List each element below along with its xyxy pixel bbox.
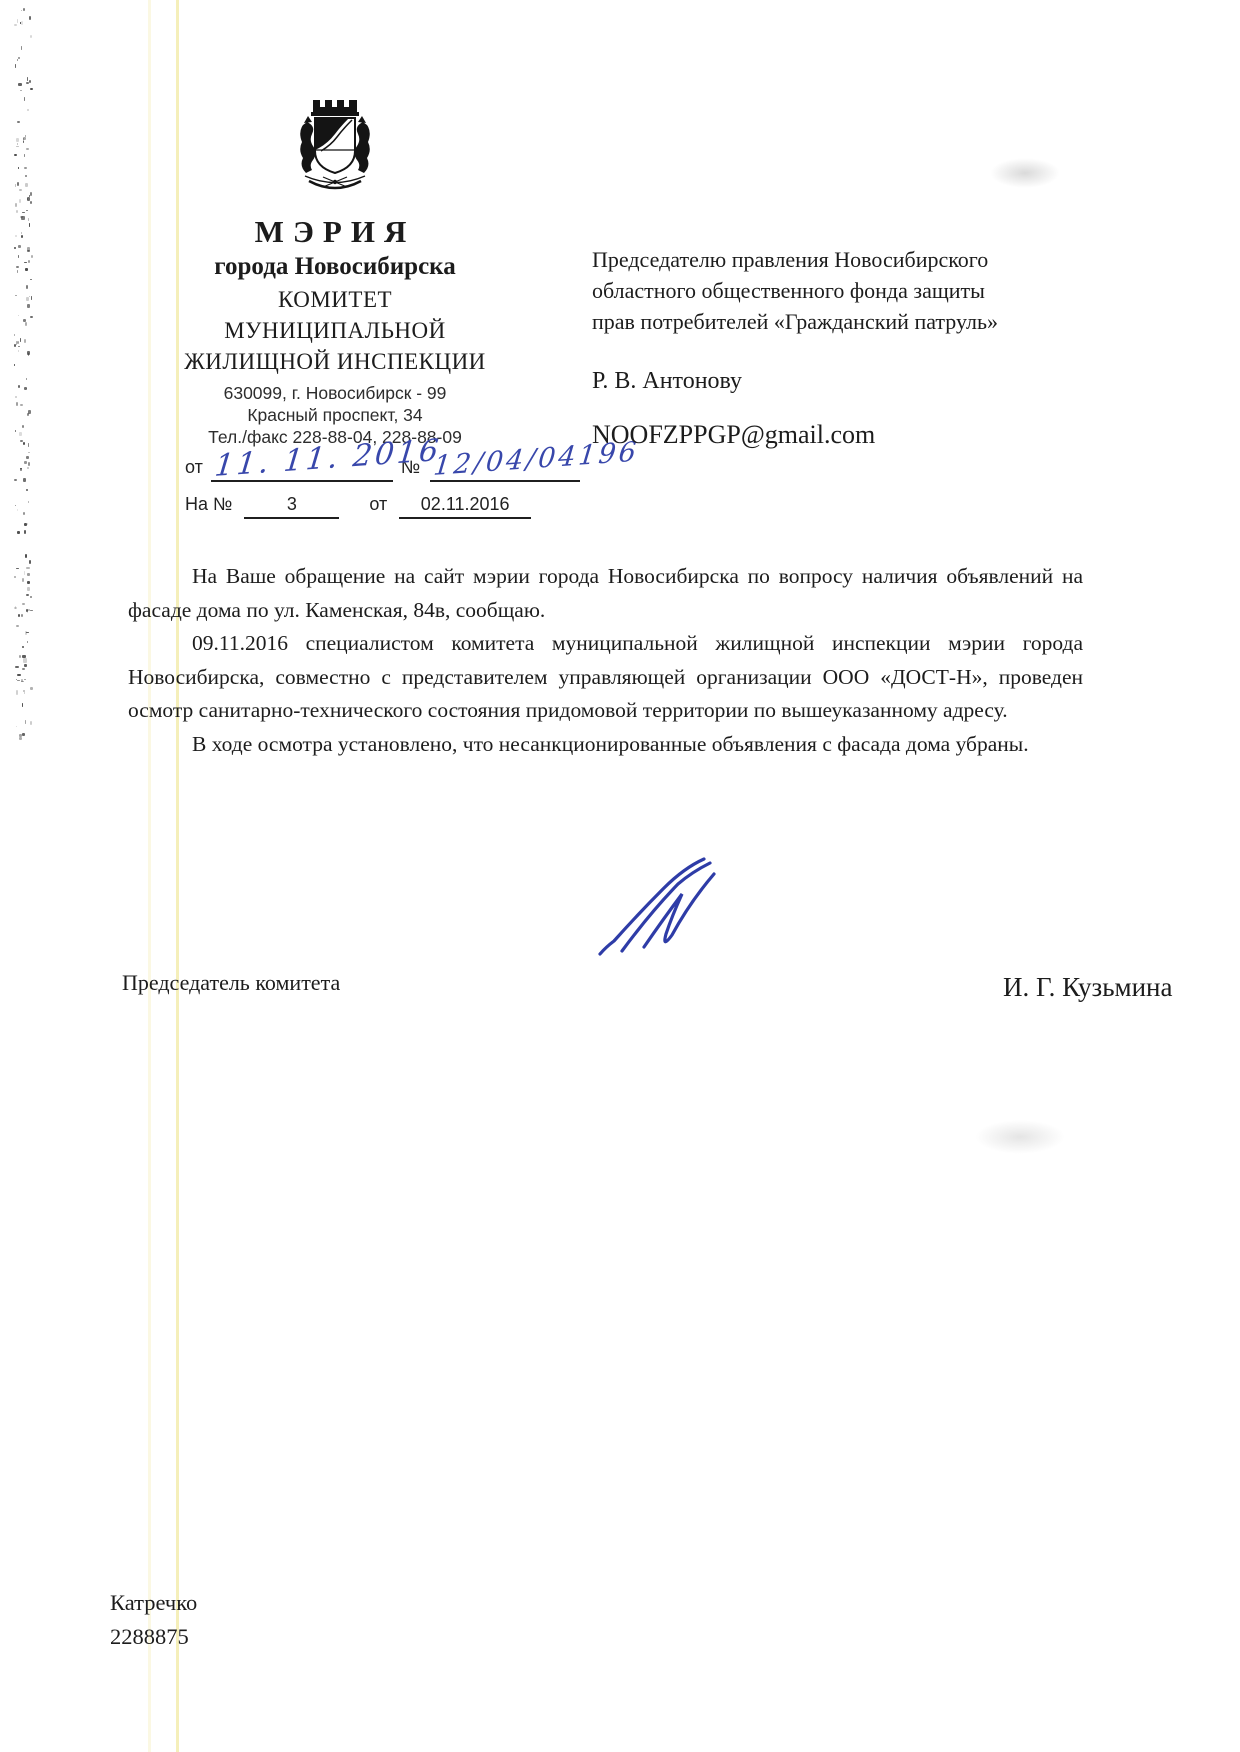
org-committee-line2: МУНИЦИПАЛЬНОЙ — [112, 315, 558, 346]
executor-name: Катречко — [110, 1586, 197, 1620]
reply-to-label: На № — [185, 494, 232, 519]
outgoing-reference-row: от 11. 11. 2016 № 12/04/04196 — [185, 438, 580, 482]
body-paragraph-1: На Ваше обращение на сайт мэрии города Н… — [128, 560, 1083, 627]
recipient-block: Председателю правления Новосибирского об… — [592, 244, 1102, 337]
outgoing-number-line: 12/04/04196 — [430, 438, 580, 482]
executor-block: Катречко 2288875 — [110, 1586, 197, 1654]
address-line: 630099, г. Новосибирск - 99 — [112, 382, 558, 404]
scan-edge-noise — [14, 6, 36, 746]
org-name-city-hall: МЭРИЯ — [112, 214, 558, 250]
address-line: Красный проспект, 34 — [112, 404, 558, 426]
scanned-letter-page: МЭРИЯ города Новосибирска КОМИТЕТ МУНИЦИ… — [0, 0, 1240, 1752]
scan-smudge — [990, 158, 1060, 188]
org-name-city: города Новосибирска — [112, 250, 558, 284]
signatory-name: И. Г. Кузьмина — [1003, 972, 1173, 1003]
body-paragraph-3: В ходе осмотра установлено, что несанкци… — [128, 728, 1083, 762]
recipient-line: Председателю правления Новосибирского — [592, 244, 1102, 275]
incoming-reference-row: На № 3 от 02.11.2016 — [185, 487, 531, 519]
signatory-position-title: Председатель комитета — [122, 970, 340, 996]
letter-body: На Ваше обращение на сайт мэрии города Н… — [128, 560, 1083, 761]
incoming-number-line: 3 — [244, 487, 339, 519]
incoming-date-value: 02.11.2016 — [399, 494, 531, 515]
incoming-number-value: 3 — [244, 494, 339, 515]
from-label: от — [185, 457, 203, 482]
recipient-email: NOOFZPPGP@gmail.com — [592, 420, 875, 450]
org-committee-line3: ЖИЛИЩНОЙ ИНСПЕКЦИИ — [112, 346, 558, 377]
body-paragraph-2: 09.11.2016 специалистом комитета муницип… — [128, 627, 1083, 728]
recipient-line: областного общественного фонда защиты — [592, 275, 1102, 306]
outgoing-date-line: 11. 11. 2016 — [211, 438, 393, 482]
novosibirsk-coat-of-arms-icon — [285, 96, 385, 208]
letterhead: МЭРИЯ города Новосибирска КОМИТЕТ МУНИЦИ… — [112, 96, 558, 448]
recipient-name: Р. В. Антонову — [592, 368, 742, 395]
recipient-line: прав потребителей «Гражданский патруль» — [592, 306, 1102, 337]
handwritten-signature-icon — [592, 850, 782, 960]
org-committee-line1: КОМИТЕТ — [112, 284, 558, 315]
incoming-date-line: 02.11.2016 — [399, 487, 531, 519]
reply-from-label: от — [369, 494, 387, 519]
scan-smudge — [975, 1120, 1065, 1154]
executor-phone: 2288875 — [110, 1620, 197, 1654]
